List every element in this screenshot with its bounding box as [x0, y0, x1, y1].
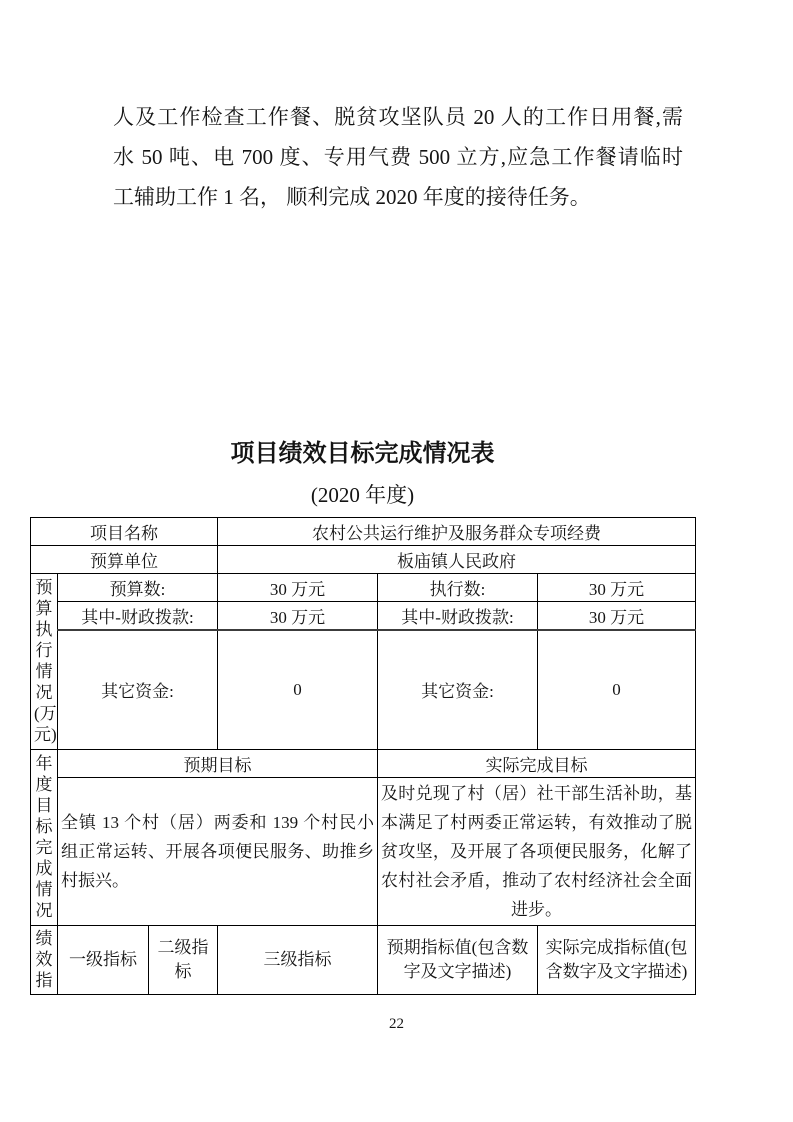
other-funds-value-left: 0: [218, 630, 378, 749]
table-title: 项目绩效目标完成情况表: [30, 433, 695, 468]
budget-execution-vertical-header: 预 算 执 行 情 况 (万 元): [31, 574, 58, 750]
project-name-label: 项目名称: [31, 518, 218, 546]
table-subtitle: (2020 年度): [30, 479, 695, 509]
execution-amount-value: 30 万元: [538, 574, 696, 602]
level3-indicator-header: 三级指标: [218, 925, 378, 994]
table-row: 项目名称 农村公共运行维护及服务群众专项经费: [31, 518, 696, 546]
table-row: 年 度 目 标 完 成 情 况 预期目标 实际完成目标: [31, 749, 696, 777]
budget-amount-label: 预算数:: [58, 574, 218, 602]
other-funds-value-right: 0: [538, 630, 696, 749]
page-number: 22: [0, 1016, 793, 1033]
table-row: 其它资金: 0 其它资金: 0: [31, 630, 696, 749]
budget-unit-label: 预算单位: [31, 546, 218, 574]
table-row: 预算单位 板庙镇人民政府: [31, 546, 696, 574]
annual-target-vertical-header: 年 度 目 标 完 成 情 况: [31, 749, 58, 925]
table-row: 预 算 执 行 情 况 (万 元) 预算数: 30 万元 执行数: 30 万元: [31, 574, 696, 602]
level2-indicator-header: 二级指标: [149, 925, 218, 994]
body-paragraph: 人及工作检查工作餐、脱贫攻坚队员 20 人的工作日用餐,需 水 50 吨、电 7…: [113, 97, 683, 217]
budget-amount-value: 30 万元: [218, 574, 378, 602]
actual-target-text: 及时兑现了村（居）社干部生活补助，基本满足了村两委正常运转，有效推动了脱贫攻坚，…: [378, 777, 696, 925]
paragraph-line: 水 50 吨、电 700 度、专用气费 500 立方,应急工作餐请临时: [113, 137, 683, 177]
table-row: 全镇 13 个村（居）两委和 139 个村民小组正常运转、开展各项便民服务、助推…: [31, 777, 696, 925]
actual-target-header: 实际完成目标: [378, 749, 696, 777]
fiscal-allocation-label-left: 其中-财政拨款:: [58, 602, 218, 631]
expected-target-header: 预期目标: [58, 749, 378, 777]
fiscal-allocation-label-right: 其中-财政拨款:: [378, 602, 538, 631]
table-row: 其中-财政拨款: 30 万元 其中-财政拨款: 30 万元: [31, 602, 696, 631]
expected-indicator-value-header: 预期指标值(包含数字及文字描述): [378, 925, 538, 994]
budget-unit-value: 板庙镇人民政府: [218, 546, 696, 574]
performance-table: 项目名称 农村公共运行维护及服务群众专项经费 预算单位 板庙镇人民政府 预 算 …: [30, 517, 696, 995]
document-page: 人及工作检查工作餐、脱贫攻坚队员 20 人的工作日用餐,需 水 50 吨、电 7…: [0, 0, 793, 1122]
execution-amount-label: 执行数:: [378, 574, 538, 602]
performance-indicator-vertical-header: 绩 效 指: [31, 925, 58, 994]
table-row: 绩 效 指 一级指标 二级指标 三级指标 预期指标值(包含数字及文字描述) 实际…: [31, 925, 696, 994]
expected-target-text: 全镇 13 个村（居）两委和 139 个村民小组正常运转、开展各项便民服务、助推…: [58, 777, 378, 925]
actual-indicator-value-header: 实际完成指标值(包含数字及文字描述): [538, 925, 696, 994]
fiscal-allocation-value-right: 30 万元: [538, 602, 696, 631]
fiscal-allocation-value-left: 30 万元: [218, 602, 378, 631]
other-funds-label-right: 其它资金:: [378, 630, 538, 749]
paragraph-line: 人及工作检查工作餐、脱贫攻坚队员 20 人的工作日用餐,需: [113, 97, 683, 137]
paragraph-line: 工辅助工作 1 名， 顺利完成 2020 年度的接待任务。: [113, 177, 683, 217]
level1-indicator-header: 一级指标: [58, 925, 149, 994]
other-funds-label-left: 其它资金:: [58, 630, 218, 749]
project-name-value: 农村公共运行维护及服务群众专项经费: [218, 518, 696, 546]
